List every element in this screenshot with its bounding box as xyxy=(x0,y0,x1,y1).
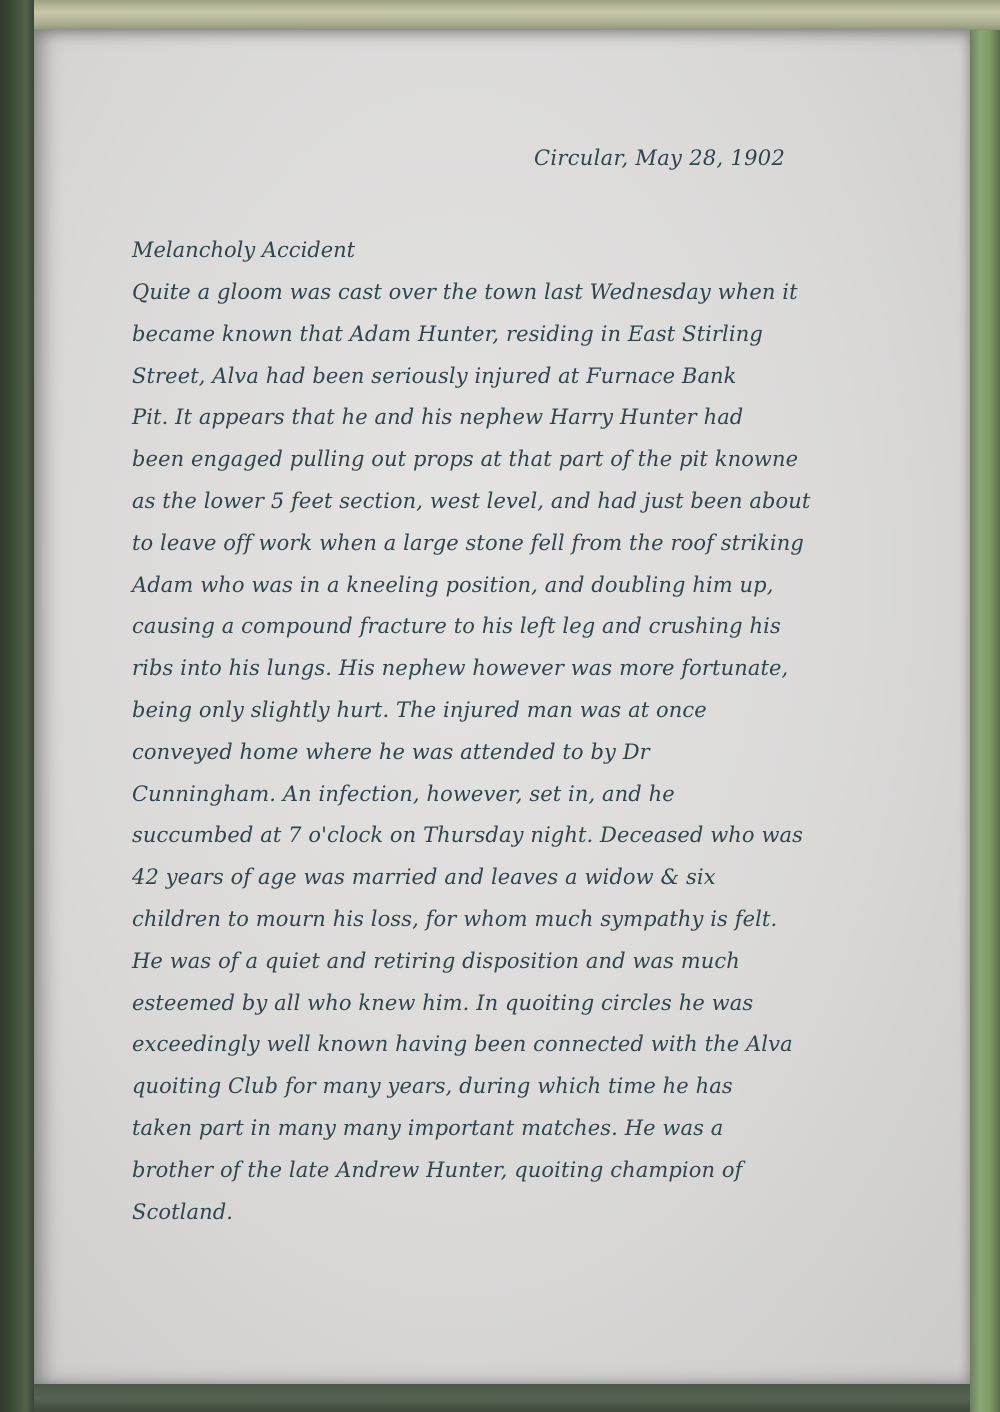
text-line: Quite a gloom was cast over the town las… xyxy=(132,272,852,314)
text-line: been engaged pulling out props at that p… xyxy=(132,439,852,481)
text-line: ribs into his lungs. His nephew however … xyxy=(132,648,852,690)
text-line: quoiting Club for many years, during whi… xyxy=(132,1066,852,1108)
document: Circular, May 28, 1902 Melancholy Accide… xyxy=(34,30,970,1384)
text-line: Street, Alva had been seriously injured … xyxy=(132,356,852,398)
text-line: taken part in many many important matche… xyxy=(132,1108,852,1150)
text-line: being only slightly hurt. The injured ma… xyxy=(132,690,852,732)
picture-frame: Circular, May 28, 1902 Melancholy Accide… xyxy=(0,0,1000,1412)
text-line: Adam who was in a kneeling position, and… xyxy=(132,565,852,607)
text-line: succumbed at 7 o'clock on Thursday night… xyxy=(132,815,852,857)
text-line: esteemed by all who knew him. In quoitin… xyxy=(132,983,852,1025)
dateline: Circular, May 28, 1902 xyxy=(534,146,785,170)
text-line: became known that Adam Hunter, residing … xyxy=(132,314,852,356)
text-line: Cunningham. An infection, however, set i… xyxy=(132,774,852,816)
paper-sheet: Circular, May 28, 1902 Melancholy Accide… xyxy=(34,30,970,1384)
text-line: to leave off work when a large stone fel… xyxy=(132,523,852,565)
text-line: as the lower 5 feet section, west level,… xyxy=(132,481,852,523)
text-line: children to mourn his loss, for whom muc… xyxy=(132,899,852,941)
text-line: exceedingly well known having been conne… xyxy=(132,1024,852,1066)
text-line: Scotland. xyxy=(132,1192,852,1234)
text-line: causing a compound fracture to his left … xyxy=(132,606,852,648)
article-title: Melancholy Accident xyxy=(132,238,355,262)
text-line: brother of the late Andrew Hunter, quoit… xyxy=(132,1150,852,1192)
text-line: 42 years of age was married and leaves a… xyxy=(132,857,852,899)
text-line: Pit. It appears that he and his nephew H… xyxy=(132,397,852,439)
text-line: conveyed home where he was attended to b… xyxy=(132,732,852,774)
text-line: He was of a quiet and retiring dispositi… xyxy=(132,941,852,983)
article-body: Quite a gloom was cast over the town las… xyxy=(132,272,852,1233)
